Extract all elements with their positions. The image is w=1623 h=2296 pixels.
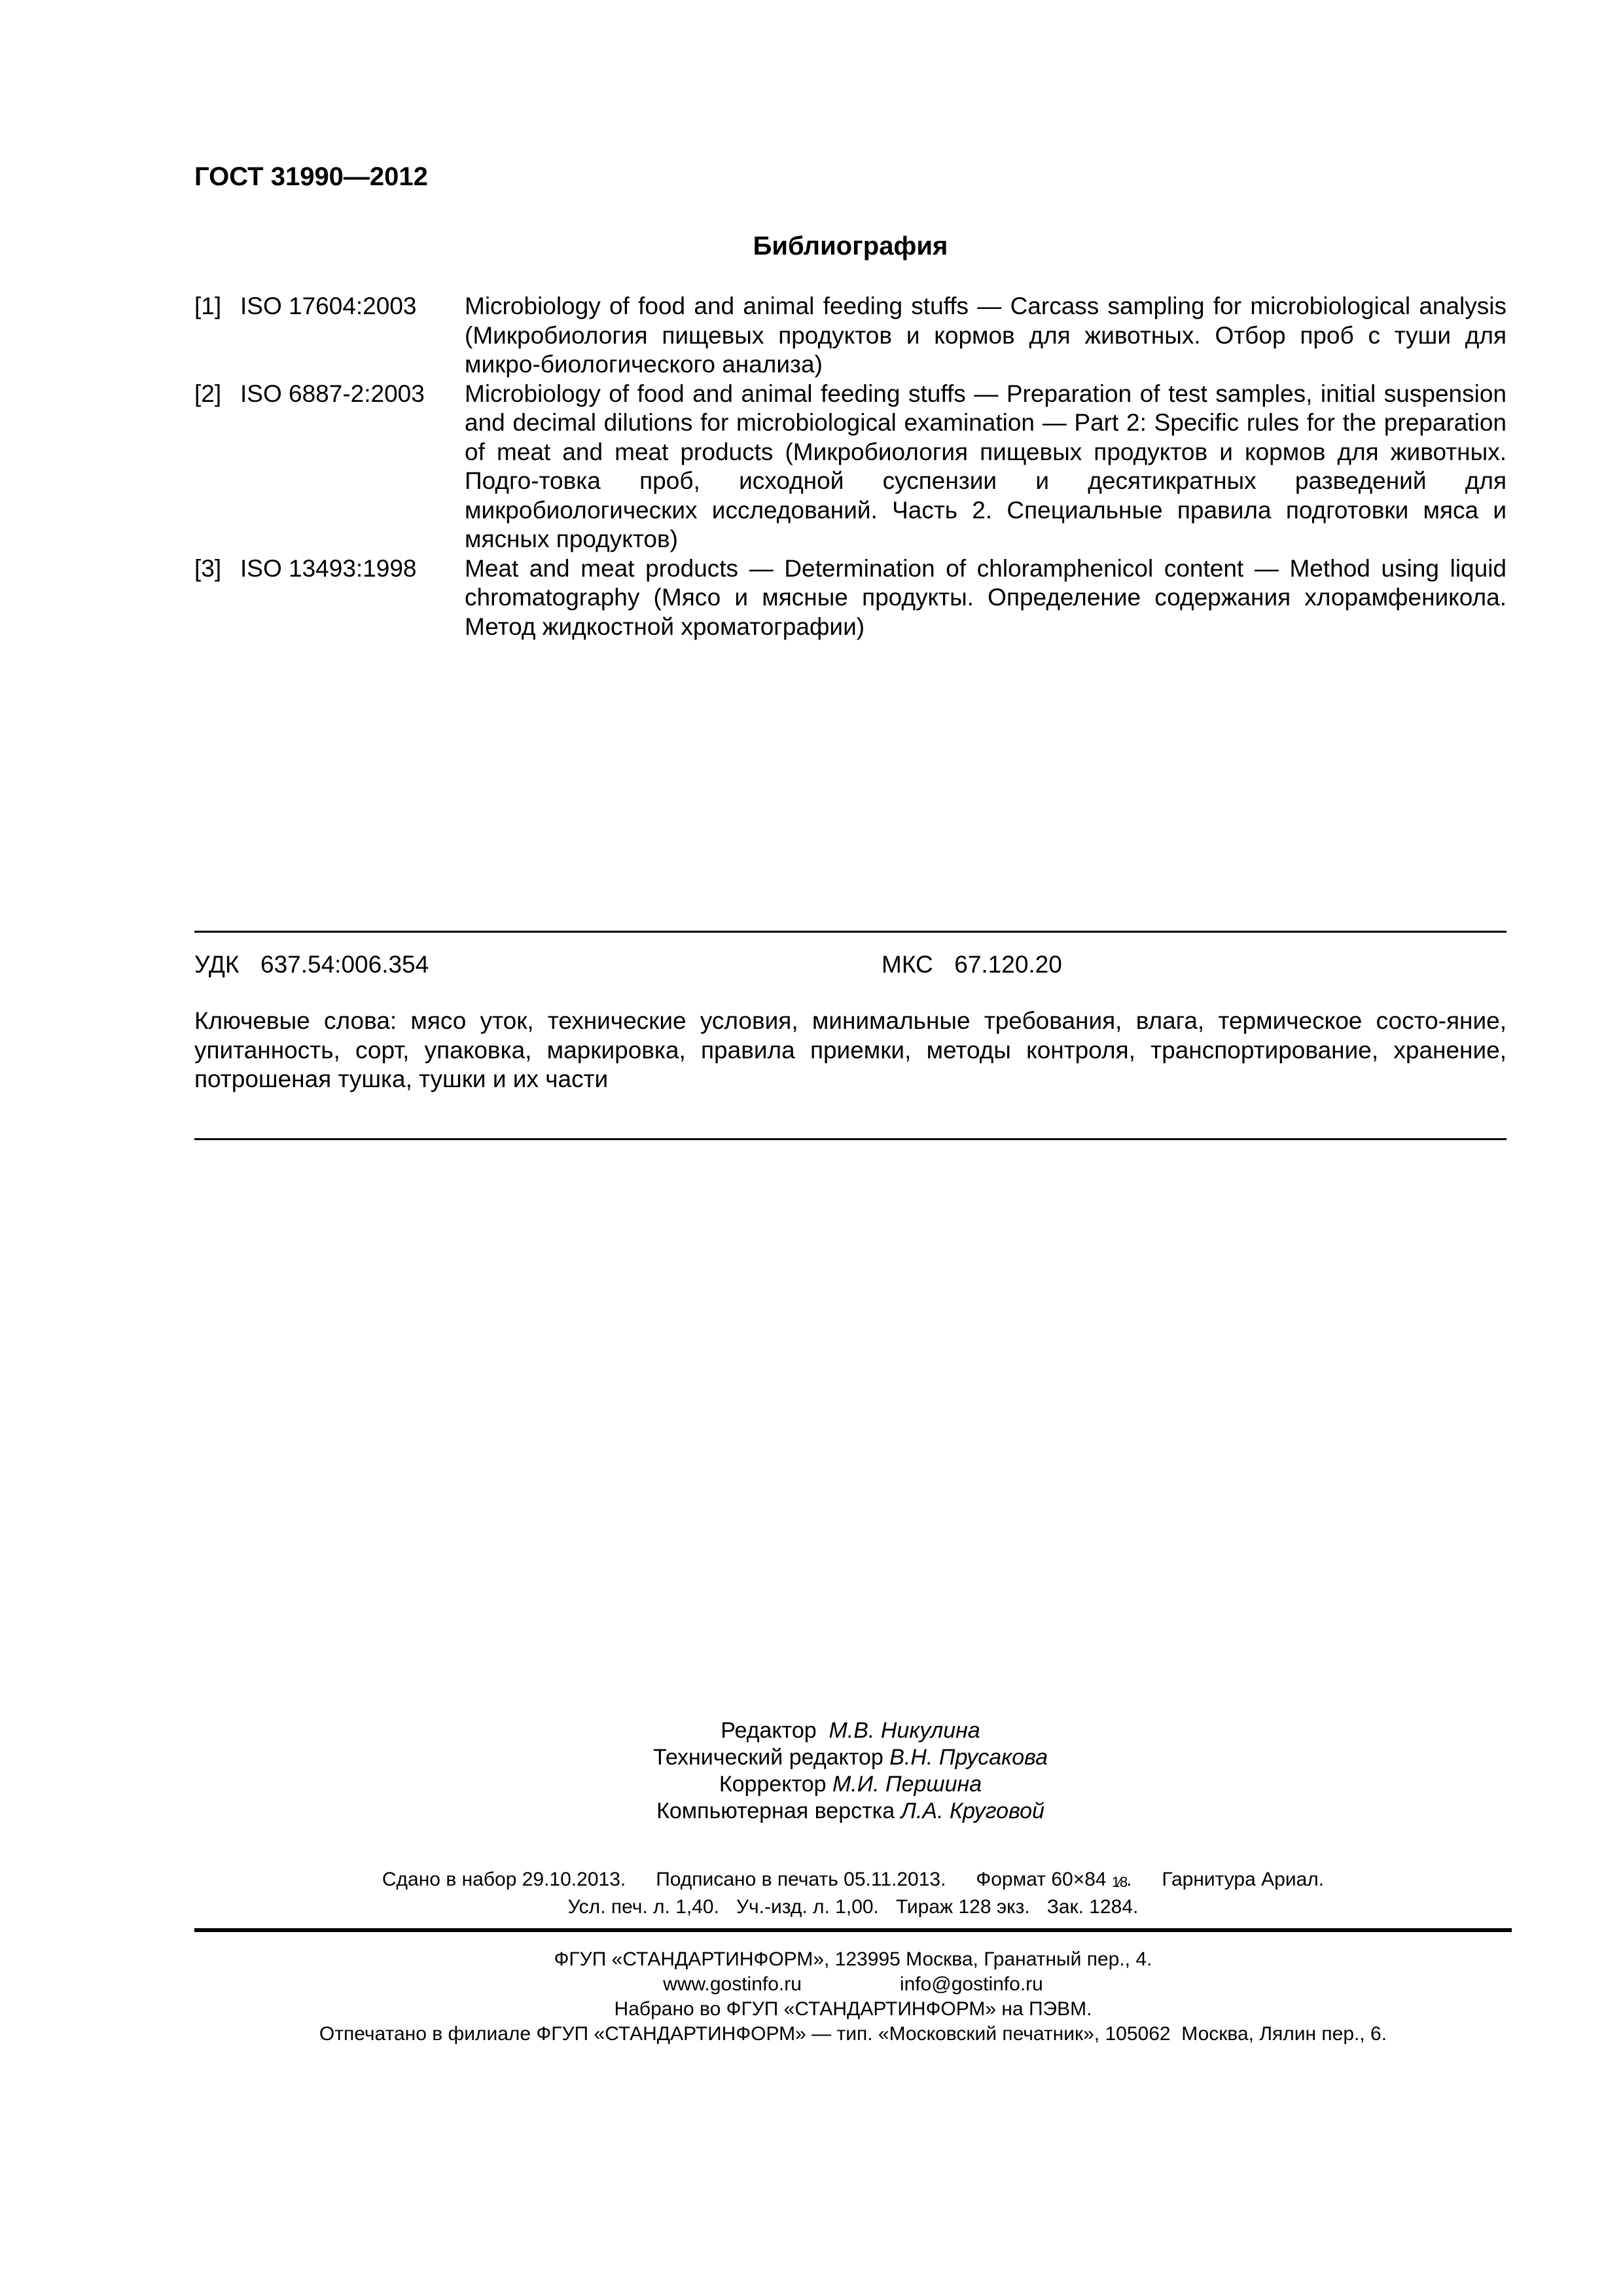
entry-description: Meat and meat products — Determination o…	[465, 554, 1507, 642]
bibliography-list: [1] ISO 17604:2003 Microbiology of food …	[194, 292, 1507, 641]
entry-standard-code: ISO 6887-2:2003	[240, 380, 425, 409]
bibliography-entry: [1] ISO 17604:2003 Microbiology of food …	[194, 292, 1507, 380]
credit-role: Корректор	[719, 1772, 827, 1797]
credit-line-layout: Компьютерная верстка Л.А. Круговой	[194, 1798, 1507, 1825]
signed-date: Подписано в печать 05.11.2013.	[656, 1869, 946, 1890]
bibliography-title: Библиография	[194, 230, 1507, 262]
credits-block: Редактор М.В. Никулина Технический редак…	[194, 1717, 1507, 1825]
entry-description: Microbiology of food and animal feeding …	[465, 292, 1507, 380]
publisher-address: ФГУП «СТАНДАРТИНФОРМ», 123995 Москва, Гр…	[194, 1947, 1512, 1972]
entry-number: [1]	[194, 292, 221, 321]
credit-name: М.В. Никулина	[823, 1718, 980, 1743]
print-info-line-1: Сдано в набор 29.10.2013.Подписано в печ…	[194, 1867, 1512, 1895]
entry-standard-code: ISO 17604:2003	[240, 292, 417, 321]
printed-note: Отпечатано в филиале ФГУП «СТАНДАРТИНФОР…	[194, 2022, 1512, 2047]
bibliography-entry: [2] ISO 6887-2:2003 Microbiology of food…	[194, 380, 1507, 554]
credit-role: Редактор	[721, 1718, 823, 1743]
document-code: ГОСТ 31990—2012	[194, 161, 428, 192]
publisher-website-link[interactable]: www.gostinfo.ru	[663, 1973, 802, 1995]
mks-code: МКС 67.120.20	[882, 950, 1062, 979]
typeface: Гарнитура Ариал.	[1162, 1869, 1324, 1890]
divider-rule-thick	[194, 1928, 1512, 1932]
print-info-line-2: Усл. печ. л. 1,40.Уч.-изд. л. 1,00.Тираж…	[194, 1895, 1512, 1920]
credit-line-editor: Редактор М.В. Никулина	[194, 1717, 1507, 1744]
entry-standard-code: ISO 13493:1998	[240, 554, 417, 584]
divider-rule	[194, 1138, 1507, 1140]
entry-description: Microbiology of food and animal feeding …	[465, 380, 1507, 554]
entry-number: [2]	[194, 380, 221, 409]
credit-role: Компьютерная верстка	[656, 1799, 895, 1823]
credit-role: Технический редактор	[653, 1745, 883, 1770]
udk-code: УДК 637.54:006.354	[194, 950, 429, 979]
divider-rule	[194, 931, 1507, 933]
entry-number: [3]	[194, 554, 221, 584]
format-fraction: 1⁄8	[1112, 1870, 1126, 1895]
credit-name: М.И. Першина	[827, 1772, 982, 1797]
publishing-sheets: Уч.-изд. л. 1,00.	[736, 1896, 879, 1918]
order-number: Зак. 1284.	[1047, 1896, 1139, 1918]
credit-name: В.Н. Прусакова	[883, 1745, 1048, 1770]
bibliography-entry: [3] ISO 13493:1998 Meat and meat product…	[194, 554, 1507, 642]
print-info: Сдано в набор 29.10.2013.Подписано в печ…	[194, 1867, 1512, 1920]
publisher-contacts: www.gostinfo.ruinfo@gostinfo.ru	[194, 1972, 1512, 1997]
credit-line-tech-editor: Технический редактор В.Н. Прусакова	[194, 1744, 1507, 1771]
credit-line-proofreader: Корректор М.И. Першина	[194, 1771, 1507, 1798]
format-end: .	[1126, 1869, 1132, 1890]
circulation: Тираж 128 экз.	[896, 1896, 1030, 1918]
publisher-block: ФГУП «СТАНДАРТИНФОРМ», 123995 Москва, Гр…	[194, 1947, 1512, 2047]
keywords: Ключевые слова: мясо уток, технические у…	[194, 1007, 1507, 1094]
credit-name: Л.А. Круговой	[895, 1799, 1044, 1823]
submitted-date: Сдано в набор 29.10.2013.	[382, 1869, 626, 1890]
format-label: Формат 60×84	[976, 1869, 1112, 1890]
typeset-note: Набрано во ФГУП «СТАНДАРТИНФОРМ» на ПЭВМ…	[194, 1997, 1512, 2022]
publisher-email-link[interactable]: info@gostinfo.ru	[900, 1973, 1043, 1995]
print-sheets: Усл. печ. л. 1,40.	[568, 1896, 719, 1918]
